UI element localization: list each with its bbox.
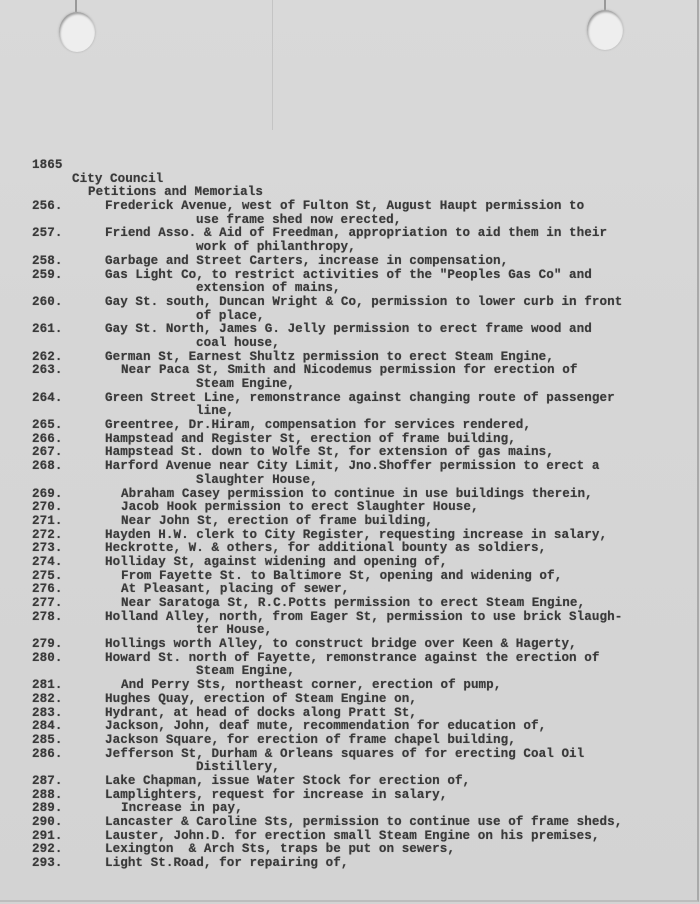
entry-number: 283. bbox=[32, 707, 62, 721]
entry-line: 271.Near John St, erection of frame buil… bbox=[0, 515, 697, 529]
entry-number: 289. bbox=[32, 802, 62, 816]
entry-number: 287. bbox=[32, 775, 62, 789]
entry-text: Lancaster & Caroline Sts, permission to … bbox=[0, 815, 622, 829]
entry-text: German St, Earnest Shultz permission to … bbox=[0, 350, 554, 364]
list-item: 265.Greentree, Dr.Hiram, compensation fo… bbox=[0, 419, 697, 433]
entry-number: 269. bbox=[32, 488, 62, 502]
entry-text: Lamplighters, request for increase in sa… bbox=[0, 788, 447, 802]
entry-line: 280.Howard St. north of Fayette, remonst… bbox=[0, 652, 697, 666]
list-item: 259.Gas Light Co, to restrict activities… bbox=[0, 269, 697, 296]
list-item: 286.Jefferson St, Durham & Orleans squar… bbox=[0, 748, 697, 775]
entry-number: 279. bbox=[32, 638, 62, 652]
entry-continuation: Distillery, bbox=[0, 761, 697, 775]
list-item: 291.Lauster, John.D. for erection small … bbox=[0, 830, 697, 844]
list-item: 281.And Perry Sts, northeast corner, ere… bbox=[0, 679, 697, 693]
list-item: 290.Lancaster & Caroline Sts, permission… bbox=[0, 816, 697, 830]
entry-line: 282.Hughes Quay, erection of Steam Engin… bbox=[0, 693, 697, 707]
entry-text: Lexington & Arch Sts, traps be put on se… bbox=[0, 842, 455, 856]
entry-number: 266. bbox=[32, 433, 62, 447]
entry-line: 277.Near Saratoga St, R.C.Potts permissi… bbox=[0, 597, 697, 611]
entry-continuation: line, bbox=[0, 405, 697, 419]
entry-text: Howard St. north of Fayette, remonstranc… bbox=[0, 651, 600, 665]
entry-continuation: Steam Engine, bbox=[0, 665, 697, 679]
entry-text: Harford Avenue near City Limit, Jno.Shof… bbox=[0, 459, 600, 473]
list-item: 282.Hughes Quay, erection of Steam Engin… bbox=[0, 693, 697, 707]
list-item: 271.Near John St, erection of frame buil… bbox=[0, 515, 697, 529]
entry-number: 268. bbox=[32, 460, 62, 474]
entry-line: 260.Gay St. south, Duncan Wright & Co, p… bbox=[0, 296, 697, 310]
entry-line: 270.Jacob Hook permission to erect Slaug… bbox=[0, 501, 697, 515]
entry-text: Frederick Avenue, west of Fulton St, Aug… bbox=[0, 199, 584, 213]
entry-line: 265.Greentree, Dr.Hiram, compensation fo… bbox=[0, 419, 697, 433]
entry-number: 293. bbox=[32, 857, 62, 871]
list-item: 261.Gay St. North, James G. Jelly permis… bbox=[0, 323, 697, 350]
entry-line: 256.Frederick Avenue, west of Fulton St,… bbox=[0, 200, 697, 214]
entry-number: 267. bbox=[32, 446, 62, 460]
entry-text: Jackson, John, deaf mute, recommendation… bbox=[0, 719, 546, 733]
entry-line: 290.Lancaster & Caroline Sts, permission… bbox=[0, 816, 697, 830]
list-item: 277.Near Saratoga St, R.C.Potts permissi… bbox=[0, 597, 697, 611]
list-item: 266.Hampstead and Register St, erection … bbox=[0, 433, 697, 447]
list-item: 289.Increase in pay, bbox=[0, 802, 697, 816]
entry-number: 274. bbox=[32, 556, 62, 570]
list-item: 262.German St, Earnest Shultz permission… bbox=[0, 351, 697, 365]
entry-number: 277. bbox=[32, 597, 62, 611]
entry-text: Heckrotte, W. & others, for additional b… bbox=[0, 541, 546, 555]
entry-number: 280. bbox=[32, 652, 62, 666]
entry-line: 287.Lake Chapman, issue Water Stock for … bbox=[0, 775, 697, 789]
entry-number: 258. bbox=[32, 255, 62, 269]
list-item: 288.Lamplighters, request for increase i… bbox=[0, 789, 697, 803]
list-item: 287.Lake Chapman, issue Water Stock for … bbox=[0, 775, 697, 789]
entry-line: 261.Gay St. North, James G. Jelly permis… bbox=[0, 323, 697, 337]
entry-line: 291.Lauster, John.D. for erection small … bbox=[0, 830, 697, 844]
entry-text: Abraham Casey permission to continue in … bbox=[0, 487, 593, 501]
entry-text: Lauster, John.D. for erection small Stea… bbox=[0, 829, 600, 843]
entry-text: Hughes Quay, erection of Steam Engine on… bbox=[0, 692, 417, 706]
entry-line: 262.German St, Earnest Shultz permission… bbox=[0, 351, 697, 365]
entry-number: 284. bbox=[32, 720, 62, 734]
entry-text: Jacob Hook permission to erect Slaughter… bbox=[0, 500, 479, 514]
entry-line: 275.From Fayette St. to Baltimore St, op… bbox=[0, 570, 697, 584]
entry-line: 288.Lamplighters, request for increase i… bbox=[0, 789, 697, 803]
entry-continuation: use frame shed now erected, bbox=[0, 214, 697, 228]
entry-number: 257. bbox=[32, 227, 62, 241]
entry-list: 256.Frederick Avenue, west of Fulton St,… bbox=[0, 200, 697, 871]
entry-text: Green Street Line, remonstrance against … bbox=[0, 391, 615, 405]
entry-number: 265. bbox=[32, 419, 62, 433]
entry-number: 290. bbox=[32, 816, 62, 830]
punch-hole-left-icon bbox=[59, 12, 95, 52]
list-item: 276.At Pleasant, placing of sewer, bbox=[0, 583, 697, 597]
entry-line: 259.Gas Light Co, to restrict activities… bbox=[0, 269, 697, 283]
entry-text: Hampstead and Register St, erection of f… bbox=[0, 432, 516, 446]
entry-line: 283.Hydrant, at head of docks along Prat… bbox=[0, 707, 697, 721]
entry-number: 272. bbox=[32, 529, 62, 543]
entry-line: 279.Hollings worth Alley, to construct b… bbox=[0, 638, 697, 652]
document-year: 1865 bbox=[0, 159, 697, 173]
entry-line: 292.Lexington & Arch Sts, traps be put o… bbox=[0, 843, 697, 857]
list-item: 285.Jackson Square, for erection of fram… bbox=[0, 734, 697, 748]
list-item: 279.Hollings worth Alley, to construct b… bbox=[0, 638, 697, 652]
document-text: 1865 City Council Petitions and Memorial… bbox=[0, 159, 697, 871]
entry-text: Jefferson St, Durham & Orleans squares o… bbox=[0, 747, 584, 761]
entry-line: 281.And Perry Sts, northeast corner, ere… bbox=[0, 679, 697, 693]
list-item: 264.Green Street Line, remonstrance agai… bbox=[0, 392, 697, 419]
entry-continuation: of place, bbox=[0, 310, 697, 324]
list-item: 283.Hydrant, at head of docks along Prat… bbox=[0, 707, 697, 721]
entry-number: 260. bbox=[32, 296, 62, 310]
typewritten-page: 1865 City Council Petitions and Memorial… bbox=[0, 0, 699, 902]
list-item: 258.Garbage and Street Carters, increase… bbox=[0, 255, 697, 269]
entry-line: 286.Jefferson St, Durham & Orleans squar… bbox=[0, 748, 697, 762]
entry-text: Greentree, Dr.Hiram, compensation for se… bbox=[0, 418, 531, 432]
entry-line: 285.Jackson Square, for erection of fram… bbox=[0, 734, 697, 748]
entry-number: 292. bbox=[32, 843, 62, 857]
entry-text: Garbage and Street Carters, increase in … bbox=[0, 254, 508, 268]
list-item: 274.Holliday St, against widening and op… bbox=[0, 556, 697, 570]
entry-text: And Perry Sts, northeast corner, erectio… bbox=[0, 678, 501, 692]
entry-number: 281. bbox=[32, 679, 62, 693]
entry-text: Lake Chapman, issue Water Stock for erec… bbox=[0, 774, 470, 788]
entry-text: Near Saratoga St, R.C.Potts permission t… bbox=[0, 596, 585, 610]
entry-continuation: Slaughter House, bbox=[0, 474, 697, 488]
list-item: 293.Light St.Road, for repairing of, bbox=[0, 857, 697, 871]
entry-number: 285. bbox=[32, 734, 62, 748]
entry-text: Hydrant, at head of docks along Pratt St… bbox=[0, 706, 417, 720]
document-heading: City Council bbox=[0, 173, 697, 187]
entry-text: Near Paca St, Smith and Nicodemus permis… bbox=[0, 363, 577, 377]
entry-continuation: ter House, bbox=[0, 624, 697, 638]
list-item: 284.Jackson, John, deaf mute, recommenda… bbox=[0, 720, 697, 734]
entry-line: 267.Hampstead St. down to Wolfe St, for … bbox=[0, 446, 697, 460]
entry-text: Holland Alley, north, from Eager St, per… bbox=[0, 610, 622, 624]
list-item: 256.Frederick Avenue, west of Fulton St,… bbox=[0, 200, 697, 227]
entry-number: 278. bbox=[32, 611, 62, 625]
entry-text: Hollings worth Alley, to construct bridg… bbox=[0, 637, 577, 651]
list-item: 270.Jacob Hook permission to erect Slaug… bbox=[0, 501, 697, 515]
entry-number: 275. bbox=[32, 570, 62, 584]
entry-number: 256. bbox=[32, 200, 62, 214]
entry-line: 269.Abraham Casey permission to continue… bbox=[0, 488, 697, 502]
entry-line: 263.Near Paca St, Smith and Nicodemus pe… bbox=[0, 364, 697, 378]
entry-number: 282. bbox=[32, 693, 62, 707]
list-item: 275.From Fayette St. to Baltimore St, op… bbox=[0, 570, 697, 584]
list-item: 263.Near Paca St, Smith and Nicodemus pe… bbox=[0, 364, 697, 391]
entry-number: 271. bbox=[32, 515, 62, 529]
entry-line: 264.Green Street Line, remonstrance agai… bbox=[0, 392, 697, 406]
entry-number: 288. bbox=[32, 789, 62, 803]
entry-line: 258.Garbage and Street Carters, increase… bbox=[0, 255, 697, 269]
list-item: 269.Abraham Casey permission to continue… bbox=[0, 488, 697, 502]
entry-line: 289.Increase in pay, bbox=[0, 802, 697, 816]
entry-line: 274.Holliday St, against widening and op… bbox=[0, 556, 697, 570]
entry-number: 263. bbox=[32, 364, 62, 378]
entry-line: 276.At Pleasant, placing of sewer, bbox=[0, 583, 697, 597]
entry-line: 293.Light St.Road, for repairing of, bbox=[0, 857, 697, 871]
entry-continuation: work of philanthropy, bbox=[0, 241, 697, 255]
list-item: 292.Lexington & Arch Sts, traps be put o… bbox=[0, 843, 697, 857]
list-item: 267.Hampstead St. down to Wolfe St, for … bbox=[0, 446, 697, 460]
entry-number: 276. bbox=[32, 583, 62, 597]
entry-line: 278.Holland Alley, north, from Eager St,… bbox=[0, 611, 697, 625]
entry-text: Jackson Square, for erection of frame ch… bbox=[0, 733, 516, 747]
entry-continuation: extension of mains, bbox=[0, 282, 697, 296]
punch-hole-right-icon bbox=[587, 10, 623, 50]
entry-number: 261. bbox=[32, 323, 62, 337]
entry-line: 266.Hampstead and Register St, erection … bbox=[0, 433, 697, 447]
paper-fold-crease bbox=[272, 0, 273, 130]
entry-text: Gay St. south, Duncan Wright & Co, permi… bbox=[0, 295, 622, 309]
entry-text: Gas Light Co, to restrict activities of … bbox=[0, 268, 592, 282]
entry-line: 268.Harford Avenue near City Limit, Jno.… bbox=[0, 460, 697, 474]
entry-number: 270. bbox=[32, 501, 62, 515]
entry-number: 259. bbox=[32, 269, 62, 283]
list-item: 268.Harford Avenue near City Limit, Jno.… bbox=[0, 460, 697, 487]
entry-text: Holliday St, against widening and openin… bbox=[0, 555, 447, 569]
entry-number: 264. bbox=[32, 392, 62, 406]
entry-number: 273. bbox=[32, 542, 62, 556]
entry-line: 273.Heckrotte, W. & others, for addition… bbox=[0, 542, 697, 556]
entry-line: 257.Friend Asso. & Aid of Freedman, appr… bbox=[0, 227, 697, 241]
entry-text: Hampstead St. down to Wolfe St, for exte… bbox=[0, 445, 554, 459]
list-item: 257.Friend Asso. & Aid of Freedman, appr… bbox=[0, 227, 697, 254]
document-subheading: Petitions and Memorials bbox=[0, 186, 697, 200]
entry-text: Friend Asso. & Aid of Freedman, appropri… bbox=[0, 226, 607, 240]
list-item: 260.Gay St. south, Duncan Wright & Co, p… bbox=[0, 296, 697, 323]
entry-text: Near John St, erection of frame building… bbox=[0, 514, 433, 528]
entry-continuation: Steam Engine, bbox=[0, 378, 697, 392]
entry-line: 284.Jackson, John, deaf mute, recommenda… bbox=[0, 720, 697, 734]
list-item: 273.Heckrotte, W. & others, for addition… bbox=[0, 542, 697, 556]
entry-number: 291. bbox=[32, 830, 62, 844]
list-item: 272.Hayden H.W. clerk to City Register, … bbox=[0, 529, 697, 543]
list-item: 278.Holland Alley, north, from Eager St,… bbox=[0, 611, 697, 638]
entry-text: Gay St. North, James G. Jelly permission… bbox=[0, 322, 592, 336]
entry-number: 286. bbox=[32, 748, 62, 762]
entry-text: Hayden H.W. clerk to City Register, requ… bbox=[0, 528, 607, 542]
entry-text: From Fayette St. to Baltimore St, openin… bbox=[0, 569, 562, 583]
entry-continuation: coal house, bbox=[0, 337, 697, 351]
entry-number: 262. bbox=[32, 351, 62, 365]
list-item: 280.Howard St. north of Fayette, remonst… bbox=[0, 652, 697, 679]
entry-line: 272.Hayden H.W. clerk to City Register, … bbox=[0, 529, 697, 543]
